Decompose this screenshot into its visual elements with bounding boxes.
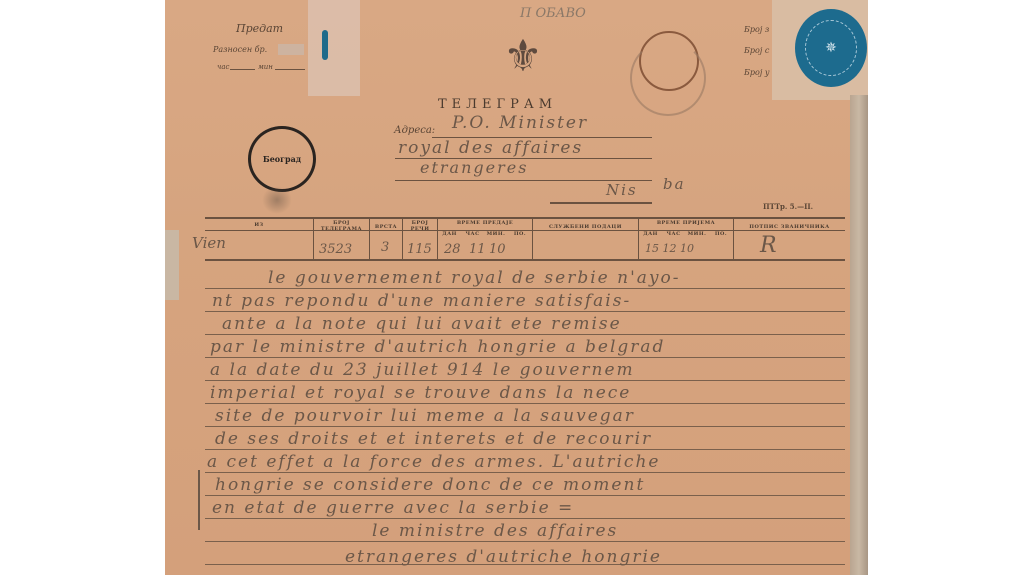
body-line-5: a la date du 23 juillet 914 le gouvernem	[210, 360, 635, 380]
document-title: ТЕЛЕГРАМ	[438, 97, 557, 112]
body-rule	[205, 449, 845, 450]
address-label: Адреса:	[394, 125, 435, 136]
address-note: ba	[663, 175, 686, 193]
body-rule	[205, 403, 845, 404]
table-bottom-rule	[205, 259, 845, 261]
form-code: ПТТр. 5.—II.	[763, 202, 813, 211]
body-rule	[205, 541, 845, 542]
min-line	[275, 69, 305, 70]
number-box	[278, 44, 304, 55]
header-word-count: БРОЈ РЕЧИ	[403, 220, 437, 232]
ink-smudge	[262, 186, 292, 214]
cell-signature: R	[760, 233, 777, 258]
body-line-4: par le ministre d'autrich hongrie a belg…	[210, 337, 665, 357]
cell-received: 15 12 10	[645, 242, 694, 255]
cell-sent-day: 28	[444, 242, 461, 257]
header-sent-po: ПО.	[508, 231, 532, 237]
header-from: ИЗ	[205, 222, 313, 228]
seal-emblem-icon: ✵	[805, 20, 857, 76]
left-block-min-label: мин	[258, 63, 273, 71]
body-line-13: etrangeres d'autriche hongrie	[345, 547, 662, 567]
body-line-6: imperial et royal se trouve dans la nece	[210, 383, 631, 403]
left-block-heading: Предат	[236, 22, 283, 35]
body-line-2: nt pas repondu d'une maniere satisfais-	[212, 291, 631, 311]
paper-patch	[308, 0, 360, 96]
header-received-time: ВРЕМЕ ПРИЈЕМА	[639, 220, 733, 226]
address-line-4: Nis	[606, 181, 638, 199]
header-telegram-no: БРОЈ ТЕЛЕГРАМА	[314, 220, 369, 232]
body-line-8: de ses droits et et interets et de recou…	[215, 429, 652, 449]
body-line-7: site de pourvoir lui meme a la sauvegar	[215, 406, 635, 426]
paper-edge	[850, 95, 868, 575]
margin-mark	[198, 470, 200, 530]
body-line-12: le ministre des affaires	[372, 521, 618, 541]
header-signature: ПОТПИС ЗВАНИЧНИКА	[734, 224, 845, 230]
body-rule	[205, 426, 845, 427]
address-line-1: P.O. Minister	[452, 113, 588, 133]
body-line-10: hongrie se considere donc de ce moment	[215, 475, 645, 495]
header-sent-time: ВРЕМЕ ПРЕДАЈЕ	[438, 220, 532, 226]
left-block-line1: Разносен бр.	[213, 45, 267, 54]
address-line-2: royal des affaires	[398, 138, 583, 158]
body-rule	[205, 311, 845, 312]
right-block-line3: Број у	[744, 68, 769, 77]
address-rule-4	[550, 202, 652, 204]
hour-line	[230, 69, 255, 70]
blue-mark	[322, 30, 328, 60]
cell-word-count: 115	[407, 242, 432, 257]
header-recv-day: ДАН	[639, 231, 662, 237]
table-top-rule	[205, 217, 845, 219]
body-rule	[205, 380, 845, 381]
body-rule	[205, 518, 845, 519]
coat-of-arms-icon: ⚜	[497, 26, 549, 88]
cell-sent-min: 10	[489, 242, 506, 257]
address-line-3: etrangeres	[420, 158, 528, 177]
header-recv-po: ПО.	[709, 231, 733, 237]
cell-telegram-no: 3523	[319, 242, 352, 257]
cell-class: 3	[381, 240, 389, 255]
blue-seal: ✵	[795, 9, 867, 87]
header-class: ВРСТА	[370, 224, 402, 230]
header-sent-min: МИН.	[484, 231, 508, 237]
header-recv-min: МИН.	[685, 231, 709, 237]
postmark-outer-ring	[630, 40, 706, 116]
body-rule	[205, 357, 845, 358]
header-recv-hour: ЧАС	[662, 231, 685, 237]
body-rule	[205, 495, 845, 496]
paper-tear	[165, 230, 179, 300]
body-rule	[205, 288, 845, 289]
body-rule	[205, 472, 845, 473]
black-stamp: Београд	[248, 126, 316, 192]
cell-from: Vien	[192, 234, 226, 252]
body-line-3: ante a la note qui lui avait ete remise	[222, 314, 622, 334]
header-sent-day: ДАН	[438, 231, 461, 237]
left-block-hour-label: час	[217, 63, 229, 71]
header-service-data: СЛУЖБЕНИ ПОДАЦИ	[533, 224, 638, 230]
body-line-9: a cet effet a la force des armes. L'autr…	[207, 452, 660, 472]
body-line-11: en etat de guerre avec la serbie =	[212, 498, 574, 518]
cell-sent-hour: 11	[469, 242, 486, 257]
black-stamp-text: Београд	[263, 154, 301, 164]
header-sent-hour: ЧАС	[461, 231, 484, 237]
top-stamp-text: П ОБАВО	[520, 6, 586, 21]
body-rule	[205, 334, 845, 335]
body-line-1: le gouvernement royal de serbie n'ayo-	[268, 268, 680, 288]
right-block-line1: Број з	[744, 25, 769, 34]
right-block-line2: Број с	[744, 46, 769, 55]
